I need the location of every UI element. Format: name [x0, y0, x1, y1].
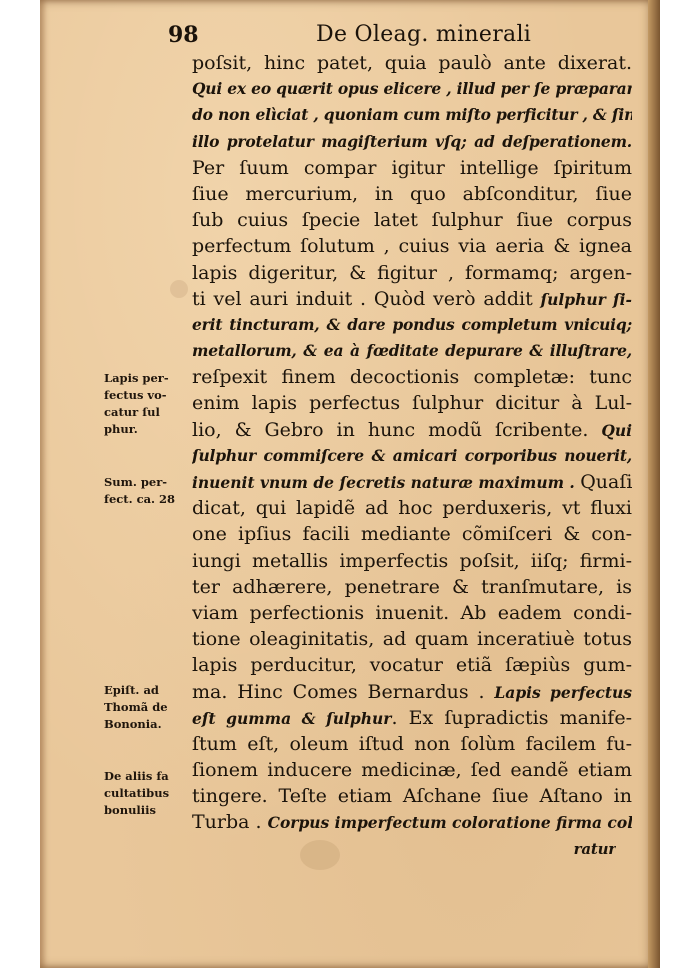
page-number: 98	[168, 22, 199, 48]
text-line: tione oleaginitatis, ad quam inceratiuè …	[192, 626, 632, 652]
margin-note-line: fect. ca. 28	[104, 491, 192, 508]
text-line: dicat, qui lapidẽ ad hoc perduxeris, vt …	[192, 495, 632, 521]
text-line: Turba . Corpus imperfectum coloratione f…	[192, 809, 632, 835]
margin-note-epistola-thoma: Epiſt. adThomã deBononia.	[104, 682, 192, 733]
text-segment: poſsit, hinc patet, quia paulò ante dixe…	[192, 52, 632, 74]
text-line: viam perfectionis inuenit. Ab eadem cond…	[192, 600, 632, 626]
running-head-title: De Oleag. minerali	[316, 22, 531, 47]
book-page: 98 De Oleag. minerali poſsit, hinc patet…	[40, 0, 660, 968]
text-segment: ſtum eſt, oleum iſtud non ſolùm facilem …	[192, 733, 632, 755]
text-segment: ſionem inducere medicinæ, ſed eandẽ etia…	[192, 759, 632, 781]
text-line: enim lapis perfectus ſulphur dicitur à L…	[192, 390, 632, 416]
text-line: ſtum eſt, oleum iſtud non ſolùm facilem …	[192, 731, 632, 757]
text-line: perfectum ſolutum , cuius via aeria & ig…	[192, 233, 632, 259]
text-segment: ter adhærere, penetrare & tranſmutare, i…	[192, 576, 632, 598]
margin-note-line: phur.	[104, 421, 192, 438]
margin-note-line: fectus vo-	[104, 387, 192, 404]
paper-stain	[170, 280, 188, 298]
text-line: Per ſuum compar igitur intellige ſpiritu…	[192, 155, 632, 181]
italic-quotation: Qui	[601, 421, 632, 440]
margin-note-line: bonuliis	[104, 802, 192, 819]
text-segment: Per ſuum compar igitur intellige ſpiritu…	[192, 157, 632, 179]
text-line: poſsit, hinc patet, quia paulò ante dixe…	[192, 50, 632, 76]
text-line: do non elìciat , quoniam cum miſto perfi…	[192, 102, 632, 128]
text-line: lio, & Gebro in hunc modũ ſcribente. Qui	[192, 417, 632, 443]
text-line: erit tincturam, & dare pondus completum …	[192, 312, 632, 338]
text-segment: ſub cuius ſpecie latet ſulphur ſiue corp…	[192, 209, 632, 231]
text-line: ſub cuius ſpecie latet ſulphur ſiue corp…	[192, 207, 632, 233]
text-segment: viam perfectionis inuenit. Ab eadem cond…	[192, 602, 632, 624]
text-line: ſiue mercurium, in quo abſconditur, ſiue	[192, 181, 632, 207]
text-line: inuenit vnum de ſecretis naturæ maximum …	[192, 469, 632, 495]
margin-note-line: De aliis fa	[104, 768, 192, 785]
text-line: eſt gumma & ſulphur. Ex ſupradictis mani…	[192, 705, 632, 731]
text-segment: one ipſius facili mediante cõmiſceri & c…	[192, 523, 632, 545]
text-line: one ipſius facili mediante cõmiſceri & c…	[192, 521, 632, 547]
text-segment: iungi metallis imperfectis poſsit, iiſq;…	[192, 550, 632, 572]
italic-quotation: Corpus imperfectum coloratione firma col…	[268, 813, 632, 832]
text-line: ſionem inducere medicinæ, ſed eandẽ etia…	[192, 757, 632, 783]
text-segment: . Ex ſupradictis manife-	[391, 707, 632, 729]
margin-note-line: Sum. per-	[104, 474, 192, 491]
italic-quotation: erit tincturam, & dare pondus completum …	[192, 315, 632, 334]
text-segment: perfectum ſolutum , cuius via aeria & ig…	[192, 235, 632, 257]
italic-quotation: Lapis perfectus	[494, 683, 632, 702]
text-line: ſulphur commiſcere & amicari corporibus …	[192, 443, 632, 469]
italic-quotation: Qui ex eo quærit opus elicere , illud pe…	[192, 79, 632, 98]
margin-note-line: Lapis per-	[104, 370, 192, 387]
page-edge-shadow	[648, 0, 660, 968]
text-segment: ti vel auri induit . Quòd verò addit	[192, 288, 540, 310]
text-line: tingere. Teſte etiam Aſchane ſiue Aſtano…	[192, 783, 632, 809]
text-segment: lapis perducitur, vocatur etiã ſæpiùs gu…	[192, 654, 632, 676]
text-line: reſpexit finem decoctionis completæ: tun…	[192, 364, 632, 390]
text-segment: Quaſi	[580, 471, 632, 493]
text-line: iungi metallis imperfectis poſsit, iiſq;…	[192, 548, 632, 574]
text-segment: tione oleaginitatis, ad quam inceratiuè …	[192, 628, 632, 650]
margin-note-line: Epiſt. ad	[104, 682, 192, 699]
text-segment: dicat, qui lapidẽ ad hoc perduxeris, vt …	[192, 497, 632, 519]
margin-note-de-aliis-facultatibus: De aliis facultatibusbonuliis	[104, 768, 192, 819]
italic-quotation: ſulphur commiſcere & amicari corporibus …	[192, 446, 632, 465]
text-line: lapis perducitur, vocatur etiã ſæpiùs gu…	[192, 652, 632, 678]
italic-quotation: ſulphur ſi-	[540, 290, 632, 309]
text-line: lapis digeritur, & figitur , formamq; ar…	[192, 260, 632, 286]
text-segment: lio, & Gebro in hunc modũ ſcribente.	[192, 419, 601, 441]
margin-note-line: cultatibus	[104, 785, 192, 802]
text-line: illo protelatur magiſterium vſq; ad deſp…	[192, 129, 632, 155]
body-text: poſsit, hinc patet, quia paulò ante dixe…	[192, 50, 632, 836]
text-line: metallorum, & ea à fœditate depurare & i…	[192, 338, 632, 364]
margin-note-summa-perfectionis: Sum. per-fect. ca. 28	[104, 474, 192, 508]
text-line: ma. Hinc Comes Bernardus . Lapis perfect…	[192, 679, 632, 705]
text-segment: tingere. Teſte etiam Aſchane ſiue Aſtano…	[192, 785, 632, 807]
paper-stain	[300, 840, 340, 870]
italic-quotation: do non elìciat , quoniam cum miſto perfi…	[192, 105, 632, 124]
running-head: 98 De Oleag. minerali	[40, 20, 660, 50]
margin-note-line: catur ſul	[104, 404, 192, 421]
catchword: ratur	[574, 836, 616, 862]
italic-quotation: inuenit vnum de ſecretis naturæ maximum …	[192, 473, 580, 492]
italic-quotation: illo protelatur magiſterium vſq; ad deſp…	[192, 132, 632, 151]
text-segment: Turba .	[192, 811, 268, 833]
italic-quotation: metallorum, & ea à fœditate depurare & i…	[192, 341, 632, 360]
italic-quotation: eſt gumma & ſulphur	[192, 709, 391, 728]
text-segment: ma. Hinc Comes Bernardus .	[192, 681, 494, 703]
text-line: ter adhærere, penetrare & tranſmutare, i…	[192, 574, 632, 600]
margin-note-lapis-perfectus: Lapis per-fectus vo-catur ſulphur.	[104, 370, 192, 438]
text-segment: ſiue mercurium, in quo abſconditur, ſiue	[192, 183, 632, 205]
text-segment: reſpexit finem decoctionis completæ: tun…	[192, 366, 632, 388]
text-line: ti vel auri induit . Quòd verò addit ſul…	[192, 286, 632, 312]
text-line: Qui ex eo quærit opus elicere , illud pe…	[192, 76, 632, 102]
margin-note-line: Bononia.	[104, 716, 192, 733]
text-segment: lapis digeritur, & figitur , formamq; ar…	[192, 262, 632, 284]
margin-note-line: Thomã de	[104, 699, 192, 716]
text-segment: enim lapis perfectus ſulphur dicitur à L…	[192, 392, 632, 414]
